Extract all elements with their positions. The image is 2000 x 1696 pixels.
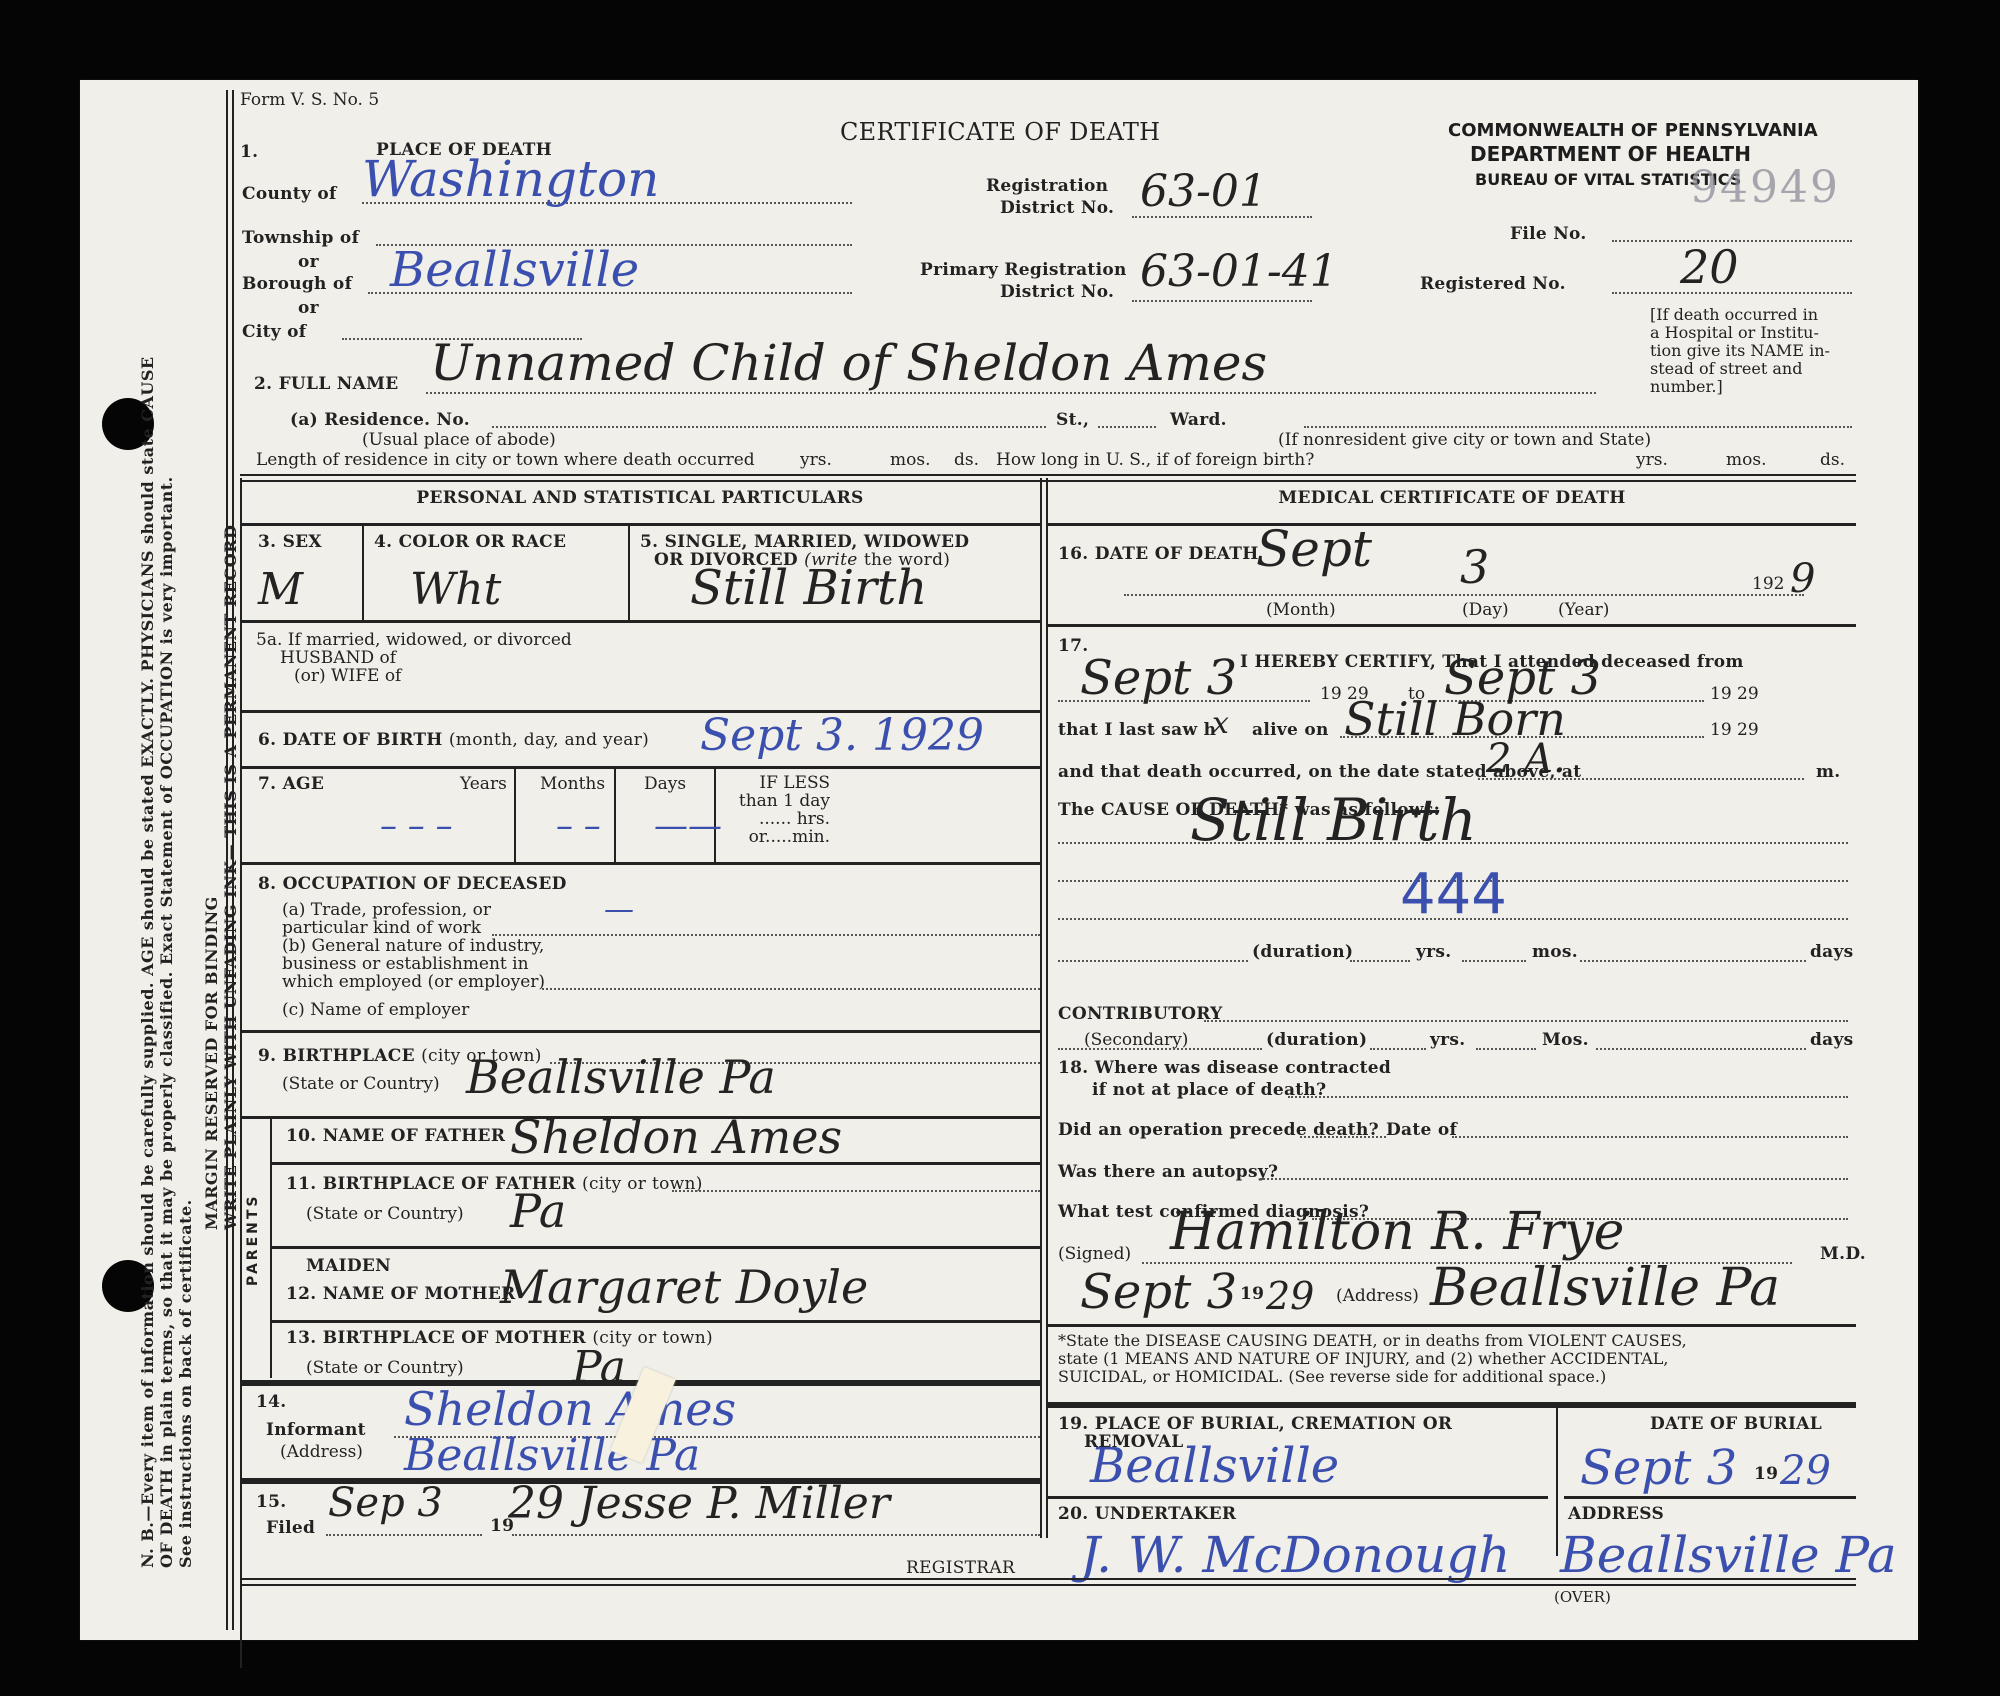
day-hint: (Day) <box>1462 600 1509 620</box>
days-label: days <box>1810 1030 1854 1050</box>
full-name-field[interactable] <box>426 392 1596 394</box>
marital-label: 5. SINGLE, MARRIED, WIDOWED <box>640 532 969 552</box>
registered-no-label: Registered No. <box>1420 274 1566 294</box>
husband-label: HUSBAND of <box>280 648 396 668</box>
ds-label: ds. <box>954 450 979 470</box>
bottom-rule <box>240 1578 1856 1580</box>
alive-year: 19 29 <box>1710 720 1759 740</box>
disease-contracted-label: 18. Where was disease contracted <box>1058 1058 1391 1078</box>
occupation-a-value: — <box>604 892 634 927</box>
divider <box>1046 1324 1856 1327</box>
signed-label: (Signed) <box>1058 1244 1131 1264</box>
sign-year-value: 29 <box>1266 1274 1314 1318</box>
parents-label: PARENTS <box>244 1193 263 1286</box>
age-days-value: —— <box>654 806 722 846</box>
date-of-death-label: 16. DATE OF DEATH <box>1058 544 1259 564</box>
sex-value: M <box>258 564 303 615</box>
secondary-yrs-field[interactable] <box>1370 1048 1426 1050</box>
wife-label: (or) WIFE of <box>294 666 401 686</box>
secondary-duration-field[interactable] <box>1058 1048 1262 1050</box>
street-field[interactable] <box>1098 426 1156 428</box>
last-saw-pronoun: x <box>1212 706 1229 741</box>
undertaker-value: J. W. McDonough <box>1080 1526 1511 1584</box>
divider <box>1046 523 1856 526</box>
occupation-c-label: (c) Name of employer <box>282 1000 469 1020</box>
primary-district-field[interactable] <box>1132 300 1312 302</box>
m-label: m. <box>1816 762 1841 782</box>
filed-date-value: Sep 3 <box>328 1480 443 1526</box>
undertaker-address-label: ADDRESS <box>1568 1504 1664 1524</box>
last-saw-label: that I last saw h <box>1058 720 1216 740</box>
sign-year-prefix: 19 <box>1240 1284 1264 1304</box>
stamp-number: 94949 <box>1690 162 1840 213</box>
margin-line-nb: N. B.—Every item of information should b… <box>138 356 157 1568</box>
month-hint: (Month) <box>1266 600 1336 620</box>
physician-address-label: (Address) <box>1336 1286 1419 1306</box>
divider <box>1046 1402 1856 1408</box>
sign-date-value: Sept 3 <box>1080 1264 1237 1320</box>
divider <box>1046 624 1856 627</box>
color-race-value: Wht <box>410 564 501 615</box>
medical-heading: MEDICAL CERTIFICATE OF DEATH <box>1046 488 1858 508</box>
filed-label: Filed <box>266 1518 315 1538</box>
father-label: 10. NAME OF FATHER <box>286 1126 505 1146</box>
ward-label: Ward. <box>1170 410 1227 430</box>
county-label: County of <box>242 184 337 204</box>
divider <box>240 1030 1040 1033</box>
mos-label: mos. <box>1726 450 1766 470</box>
contributory-field[interactable] <box>1204 1020 1848 1022</box>
spouse-label: 5a. If married, widowed, or divorced <box>256 630 572 650</box>
divider <box>270 1320 1040 1323</box>
state-country-label: (State or Country) <box>282 1074 440 1094</box>
filed-number: 15. <box>256 1492 286 1512</box>
occupation-b-label-2: business or establishment in <box>282 954 529 974</box>
cell-divider <box>614 768 616 862</box>
informant-address-value: Beallsville Pa <box>404 1430 700 1481</box>
residence-label: (a) Residence. No. <box>290 410 470 430</box>
death-day-value: 3 <box>1460 540 1489 594</box>
cell-divider <box>514 768 516 862</box>
margin-instructions: N. B.—Every item of information should b… <box>138 356 195 1568</box>
bottom-rule-inner <box>240 1584 1856 1586</box>
cell-divider <box>362 526 364 620</box>
mother-label: 12. NAME OF MOTHER <box>286 1284 516 1304</box>
margin-line-occupation: OF DEATH in plain terms, so that it may … <box>157 356 176 1568</box>
margin-border <box>226 90 228 1630</box>
column-divider <box>1040 478 1042 1538</box>
occupation-b-label-3: which employed (or employer) <box>282 972 545 992</box>
undertaker-label: 20. UNDERTAKER <box>1058 1504 1236 1524</box>
divider <box>1564 1496 1856 1499</box>
street-label: St., <box>1056 410 1089 430</box>
secondary-mos-field[interactable] <box>1476 1048 1536 1050</box>
primary-registration-label: Primary Registration <box>920 260 1127 280</box>
dob-label: 6. DATE OF BIRTH (month, day, and year) <box>258 730 649 750</box>
margin-line-instructions: See instructions on back of certificate. <box>176 356 195 1568</box>
contributory-label: CONTRIBUTORY <box>1058 1004 1223 1024</box>
foreign-birth-label: How long in U. S., if of foreign birth? <box>996 450 1314 470</box>
full-name-value: Unnamed Child of Sheldon Ames <box>430 334 1267 392</box>
left-border <box>240 478 242 1668</box>
column-divider-inner <box>1046 478 1048 1538</box>
full-name-label: 2. FULL NAME <box>254 374 399 394</box>
informant-number: 14. <box>256 1392 286 1412</box>
mos-label: mos. <box>890 450 930 470</box>
yrs-label: yrs. <box>800 450 832 470</box>
to-year: 19 29 <box>1710 684 1759 704</box>
death-year-prefix: 192 <box>1752 574 1784 594</box>
color-race-label: 4. COLOR OR RACE <box>374 532 566 552</box>
personal-heading: PERSONAL AND STATISTICAL PARTICULARS <box>240 488 1040 508</box>
county-value: Washington <box>362 150 659 208</box>
margin-write-plainly: WRITE PLAINLY WITH UNFADING INK— THIS IS… <box>221 525 240 1230</box>
district-no-value: 63-01 <box>1140 166 1267 217</box>
borough-label: Borough of <box>242 274 352 294</box>
city-label: City of <box>242 322 306 342</box>
ward-field[interactable] <box>1304 426 1852 428</box>
operation-date-label: Date of <box>1386 1120 1457 1140</box>
yrs-label: yrs. <box>1430 1030 1466 1050</box>
undertaker-address-value: Beallsville Pa <box>1560 1526 1897 1584</box>
filed-year-registrar: 29 Jesse P. Miller <box>508 1478 890 1529</box>
divider <box>270 1162 1040 1165</box>
occupation-b-field[interactable] <box>542 988 1040 990</box>
burial-date-value: Sept 3 <box>1580 1440 1737 1496</box>
date-of-death-field[interactable] <box>1124 594 1804 596</box>
certificate-title: CERTIFICATE OF DEATH <box>840 118 1160 146</box>
district-no-label: District No. <box>1000 198 1114 218</box>
cause-value: Still Birth <box>1190 786 1477 854</box>
marital-value: Still Birth <box>690 560 927 616</box>
duration-yrs-field[interactable] <box>1350 960 1410 962</box>
occupation-heading: 8. OCCUPATION OF DECEASED <box>258 874 567 894</box>
mos-label: mos. <box>1532 942 1578 962</box>
burial-place-value: Beallsville <box>1090 1438 1339 1494</box>
primary-district-label: District No. <box>1000 282 1114 302</box>
informant-label: Informant <box>266 1420 366 1440</box>
age-months-value: – – <box>556 806 601 846</box>
cause-code: 444 <box>1400 862 1507 927</box>
borough-value: Beallsville <box>390 242 639 298</box>
occupation-a-label-2: particular kind of work <box>282 918 481 938</box>
father-birthplace-label: 11. BIRTHPLACE OF FATHER (city or town) <box>286 1174 703 1194</box>
secondary-label: (Secondary) <box>1084 1030 1188 1050</box>
file-no-label: File No. <box>1510 224 1587 244</box>
autopsy-field[interactable] <box>1260 1178 1848 1180</box>
father-birthplace-value: Pa <box>510 1184 566 1238</box>
occupation-a-field[interactable] <box>492 934 1040 936</box>
registered-no-value: 20 <box>1680 240 1739 294</box>
operation-field[interactable] <box>1300 1136 1386 1138</box>
burial-place-label: 19. PLACE OF BURIAL, CREMATION OR <box>1058 1414 1452 1434</box>
issuer-commonwealth: COMMONWEALTH OF PENNSYLVANIA <box>1448 120 1818 141</box>
father-birthplace-city-field[interactable] <box>672 1190 1040 1192</box>
age-label: 7. AGE <box>258 774 324 794</box>
birthplace-value: Beallsville Pa <box>466 1050 776 1104</box>
residence-no-field[interactable] <box>492 426 1046 428</box>
duration-label: (duration) <box>1252 942 1353 962</box>
registrar-label: REGISTRAR <box>906 1558 1015 1578</box>
death-certificate: N. B.—Every item of information should b… <box>80 80 1918 1640</box>
divider <box>240 620 1040 623</box>
age-years-label: Years <box>460 774 507 794</box>
registration-label: Registration <box>986 176 1108 196</box>
death-month-value: Sept <box>1256 520 1372 578</box>
year-hint: (Year) <box>1558 600 1609 620</box>
age-years-value: – – – <box>380 806 453 846</box>
physician-signature: Hamilton R. Frye <box>1170 1202 1624 1262</box>
yrs-label: yrs. <box>1636 450 1668 470</box>
burial-divider <box>1556 1406 1558 1556</box>
township-label: Township of <box>242 228 359 248</box>
time-of-death-value: 2 A. <box>1486 736 1566 782</box>
duration-days-field[interactable] <box>1580 960 1806 962</box>
burial-year-value: 29 <box>1780 1448 1831 1494</box>
nonresident-hint: (If nonresident give city or town and St… <box>1278 430 1651 450</box>
maiden-label: MAIDEN <box>306 1256 391 1276</box>
burial-date-label: DATE OF BURIAL <box>1650 1414 1822 1434</box>
death-year-value: 9 <box>1790 556 1815 602</box>
length-of-residence: Length of residence in city or town wher… <box>256 450 755 470</box>
mother-value: Margaret Doyle <box>500 1260 868 1314</box>
less-than-day: IF LESS than 1 day ...... hrs. or.....mi… <box>726 774 830 846</box>
duration-field[interactable] <box>1058 960 1248 962</box>
occupation-a-label: (a) Trade, profession, or <box>282 900 491 920</box>
divider <box>240 480 1856 482</box>
hospital-note: [If death occurred in a Hospital or Inst… <box>1650 306 1854 396</box>
informant-value: Sheldon Ames <box>404 1382 736 1436</box>
alive-on-label: alive on <box>1252 720 1329 740</box>
margin-border-inner <box>232 90 234 1630</box>
or-text: or <box>298 252 319 272</box>
mos-label: Mos. <box>1542 1030 1589 1050</box>
duration-mos-field[interactable] <box>1462 960 1526 962</box>
operation-date-field[interactable] <box>1452 1136 1848 1138</box>
or-text: or <box>298 298 319 318</box>
physician-address-value: Beallsville Pa <box>1430 1258 1780 1318</box>
mother-birthplace-label: 13. BIRTHPLACE OF MOTHER (city or town) <box>286 1328 713 1348</box>
sex-label: 3. SEX <box>258 532 322 552</box>
burial-year-prefix: 19 <box>1754 1464 1778 1484</box>
abode-hint: (Usual place of abode) <box>362 430 556 450</box>
attended-from-value: Sept 3 <box>1080 650 1237 706</box>
divider <box>270 1246 1040 1249</box>
form-number: Form V. S. No. 5 <box>240 90 379 110</box>
divider <box>240 766 1040 769</box>
duration-label: (duration) <box>1266 1030 1367 1050</box>
yrs-label: yrs. <box>1416 942 1452 962</box>
age-months-label: Months <box>540 774 605 794</box>
over-label: (OVER) <box>1554 1588 1611 1606</box>
days-label: days <box>1810 942 1854 962</box>
informant-address-label: (Address) <box>280 1442 363 1462</box>
divider <box>240 474 1856 476</box>
cause-footnote: *State the DISEASE CAUSING DEATH, or in … <box>1058 1332 1687 1386</box>
dob-value: Sept 3. 1929 <box>700 710 984 761</box>
divider <box>240 523 1040 526</box>
primary-district-value: 63-01-41 <box>1140 246 1338 297</box>
state-country-label: (State or Country) <box>306 1358 464 1378</box>
divider <box>240 862 1040 865</box>
occupation-b-label: (b) General nature of industry, <box>282 936 544 956</box>
disease-contracted-field[interactable] <box>1288 1096 1848 1098</box>
autopsy-label: Was there an autopsy? <box>1058 1162 1278 1182</box>
margin-ink-warning: MARGIN RESERVED FOR BINDING WRITE PLAINL… <box>202 525 240 1230</box>
ds-label: ds. <box>1820 450 1845 470</box>
registrar-field[interactable] <box>512 1534 1040 1536</box>
divider <box>1046 1496 1548 1499</box>
secondary-days-field[interactable] <box>1596 1048 1806 1050</box>
state-country-label: (State or Country) <box>306 1204 464 1224</box>
md-label: M.D. <box>1820 1244 1866 1264</box>
margin-reserved: MARGIN RESERVED FOR BINDING <box>202 525 221 1230</box>
father-value: Sheldon Ames <box>510 1110 842 1164</box>
cell-divider <box>628 526 630 620</box>
filed-date-field[interactable] <box>326 1534 482 1536</box>
age-days-label: Days <box>644 774 686 794</box>
